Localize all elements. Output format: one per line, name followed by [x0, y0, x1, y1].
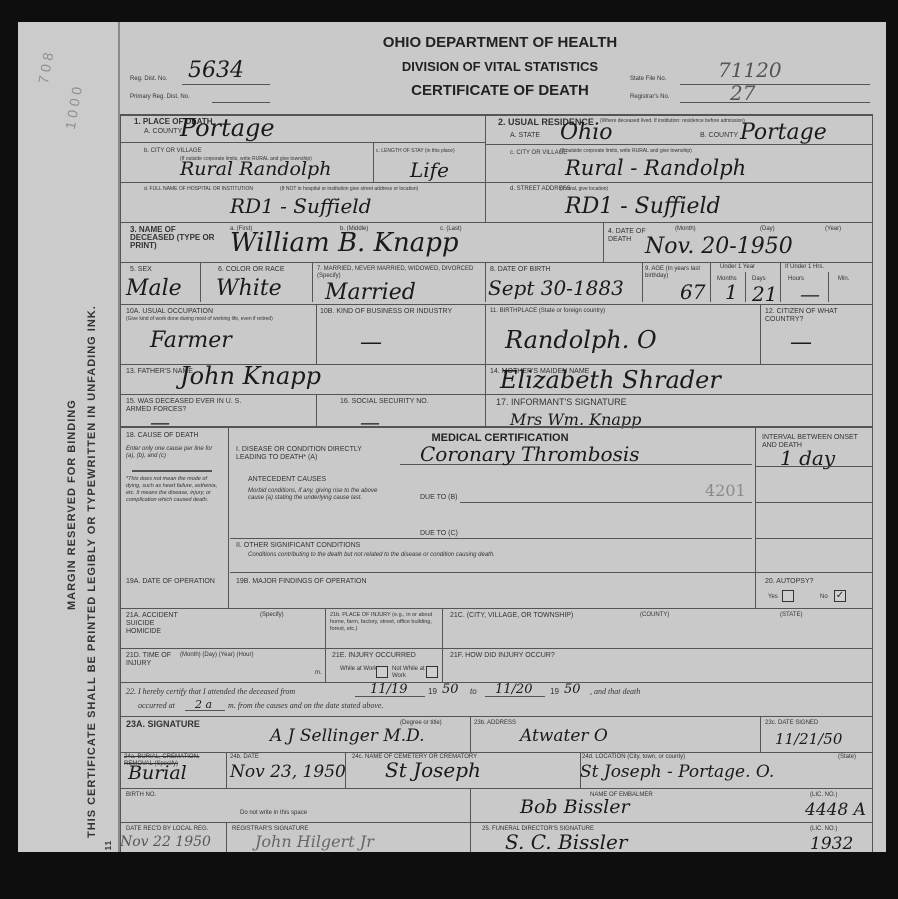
certify-from-year: 50: [442, 682, 459, 697]
disease-label: I. DISEASE OR CONDITION DIRECTLY LEADING…: [236, 446, 386, 462]
age-hours: —: [800, 282, 820, 306]
while-at-work-checkbox[interactable]: [376, 666, 388, 678]
date-of-death: Nov. 20-1950: [645, 234, 793, 259]
date-of-death-label: 4. DATE OF DEATH: [608, 228, 648, 244]
time-m: m.: [315, 670, 322, 677]
race-value: White: [216, 276, 282, 301]
registrar-no-label: Registrar's No.: [630, 94, 670, 101]
funeral-lic: 1932: [810, 834, 853, 854]
autopsy-no-checkbox[interactable]: ✓: [834, 590, 846, 602]
while-at-work-label: While at Work: [340, 666, 380, 673]
death-county: Portage: [180, 114, 275, 142]
residence-state-label: a. STATE: [510, 132, 540, 140]
name-label: 3. NAME OF DECEASED (TYPE OR PRINT): [130, 226, 220, 250]
race-label: 6. COLOR OR RACE: [218, 266, 285, 274]
not-while-at-work-checkbox[interactable]: [426, 666, 438, 678]
mother-name: Elizabeth Shrader: [500, 366, 721, 394]
informant-label: 17. INFORMANT'S SIGNATURE: [496, 398, 627, 406]
residence-state: Ohio: [560, 120, 613, 145]
burial-value: Burial: [128, 762, 187, 784]
length-of-stay: Life: [410, 158, 449, 182]
registrar-no-value: 27: [730, 81, 755, 105]
division-title: DIVISION OF VITAL STATISTICS: [300, 59, 700, 74]
father-name: John Knapp: [180, 362, 321, 390]
age-label: 9. AGE (In years last birthday): [645, 266, 705, 280]
place-of-injury-label: 21b. PLACE OF INJURY (e.g., in or about …: [330, 612, 435, 633]
reg-dist-value: 5634: [188, 58, 244, 83]
usual-residence-hint: (Where deceased lived. If institution: r…: [600, 118, 745, 125]
antecedent-label: ANTECEDENT CAUSES: [248, 476, 326, 484]
armed-forces-value: —: [150, 410, 170, 434]
injury-county-label: (COUNTY): [640, 612, 669, 619]
to-label: to: [470, 688, 477, 695]
residence-city-label: c. CITY OR VILLAGE: [510, 150, 567, 157]
binding-margin-text: MARGIN RESERVED FOR BINDING: [66, 399, 78, 610]
date-of-birth: Sept 30-1883: [488, 276, 624, 300]
residence-street-hint: (If rural, give location): [560, 186, 608, 193]
dod-month-label: (Month): [675, 226, 696, 233]
min-label: Min.: [838, 276, 849, 283]
address-label: 23b. ADDRESS: [474, 720, 516, 727]
accident-label: 21a. ACCIDENT SUICIDE HOMICIDE: [126, 612, 186, 636]
certify-text-a: 22. I hereby certify that I attended the…: [126, 688, 295, 695]
antecedent-hint: Morbid conditions, if any, giving rise t…: [248, 488, 388, 502]
certify-to: 11/20: [495, 682, 532, 697]
due-to-b-label: DUE TO (b): [420, 494, 457, 502]
business-label: 10b. KIND OF BUSINESS OR INDUSTRY: [320, 308, 480, 316]
embalmer-name: Bob Bissler: [520, 796, 630, 818]
age-days: 21: [752, 282, 777, 306]
cemetery-name: St Joseph: [385, 758, 481, 782]
age-value: 67: [680, 280, 705, 304]
armed-forces-label: 15. WAS DECEASED EVER IN U. S. ARMED FOR…: [126, 398, 256, 414]
certify-to-year: 50: [564, 682, 581, 697]
do-not-write-note: Do not write in this space: [240, 810, 307, 817]
death-certificate-form: OHIO DEPARTMENT OF HEALTH DIVISION OF VI…: [120, 26, 878, 852]
marital-status: Married: [325, 280, 416, 305]
physician-address: Atwater O: [520, 726, 608, 746]
death-time: 2 a: [195, 698, 212, 711]
birthplace-value: Randolph. O: [505, 326, 657, 354]
other-conditions-label: II. OTHER SIGNIFICANT CONDITIONS: [236, 542, 360, 550]
signature-label: 23a. SIGNATURE: [126, 720, 200, 728]
embalmer-lic-label: (LIC. NO.): [810, 792, 837, 799]
residence-county: Portage: [740, 120, 827, 145]
reg-dist-label: Reg. Dist. No.: [130, 76, 167, 83]
deceased-name: William B. Knapp: [230, 228, 459, 258]
marital-status-label: 7. MARRIED, NEVER MARRIED, WIDOWED, DIVO…: [317, 266, 477, 280]
scan-border-bottom: [0, 852, 898, 899]
business-value: —: [360, 330, 382, 355]
birthplace-label: 11. BIRTHPLACE (State or foreign country…: [490, 308, 605, 315]
cause-note: *This does not mean the mode of dying, s…: [126, 476, 222, 504]
autopsy-yes-checkbox[interactable]: [782, 590, 794, 602]
dod-year-label: (Year): [825, 226, 841, 233]
length-of-stay-label: c. LENGTH OF STAY (in this place): [376, 148, 455, 155]
date-signed-label: 23c. DATE SIGNED: [765, 720, 818, 727]
primary-reg-label: Primary Reg. Dist. No.: [130, 94, 190, 101]
death-city: Rural Randolph: [180, 158, 331, 180]
dod-day-label: (Day): [760, 226, 775, 233]
code-stamp: 4201: [705, 481, 746, 500]
dob-label: 8. DATE OF BIRTH: [490, 266, 550, 274]
disease-value: Coronary Thrombosis: [420, 442, 640, 466]
residence-city: Rural - Randolph: [565, 156, 746, 180]
due-to-c-label: DUE TO (c): [420, 530, 458, 538]
ink-instruction-text: THIS CERTIFICATE SHALL BE PRINTED LEGIBL…: [86, 305, 98, 838]
cause-instr: Enter only one cause per line for (a), (…: [126, 446, 222, 460]
to-year-prefix: 19: [550, 688, 559, 695]
hospital-name: RD1 - Suffield: [230, 194, 371, 218]
county-label: a. COUNTY: [144, 128, 182, 136]
occupation-value: Farmer: [150, 328, 232, 353]
residence-city-hint: (If outside corporate limits, write RURA…: [560, 148, 692, 155]
other-conditions-hint: Conditions contributing to the death but…: [248, 552, 498, 559]
under-day-label: If Under 1 Hrs.: [785, 264, 824, 271]
ssn-label: 16. SOCIAL SECURITY NO.: [340, 398, 429, 406]
autopsy-label: 20. AUTOPSY?: [765, 578, 814, 586]
dept-title: OHIO DEPARTMENT OF HEALTH: [300, 34, 700, 51]
death-city-label: b. CITY OR VILLAGE: [144, 148, 202, 155]
from-year-prefix: 19: [428, 688, 437, 695]
registrar-signature: John Hilgert Jr: [255, 832, 374, 851]
certify-text-d: m. from the causes and on the date state…: [228, 702, 383, 709]
autopsy-no-label: No: [820, 594, 828, 601]
findings-label: 19b. MAJOR FINDINGS OF OPERATION: [236, 578, 367, 586]
state-file-label: State File No.: [630, 76, 666, 83]
age-months: 1: [725, 280, 738, 304]
residence-county-label: b. COUNTY: [700, 132, 738, 140]
hospital-hint: (If NOT in hospital or institution give …: [280, 186, 418, 193]
funeral-lic-label: (LIC. NO.): [810, 826, 837, 833]
location-label: 24d. LOCATION (City, town, or county): [582, 754, 685, 761]
injury-city-label: 21c. (CITY, VILLAGE, OR TOWNSHIP): [450, 612, 573, 620]
certify-text-b: , and that death: [590, 688, 640, 695]
autopsy-no-check-icon: ✓: [836, 590, 844, 601]
injury-state-label: (STATE): [780, 612, 802, 619]
injury-occurred-label: 21e. INJURY OCCURRED: [332, 652, 416, 660]
burial-date-label: 24b. DATE: [230, 754, 259, 761]
time-of-injury-label: 21d. TIME OF INJURY: [126, 652, 186, 668]
cause-of-death-label: 18. CAUSE OF DEATH: [126, 432, 199, 440]
operation-date-label: 19a. DATE OF OPERATION: [126, 578, 222, 586]
hospital-label: d. FULL NAME OF HOSPITAL OR INSTITUTION: [144, 186, 253, 193]
how-injury-label: 21f. HOW DID INJURY OCCUR?: [450, 652, 555, 660]
date-recd-label: DATE REC'D BY LOCAL REG.: [126, 826, 226, 833]
location-state-label: (State): [838, 754, 856, 761]
certify-text-c: occurred at: [138, 702, 175, 709]
citizen-value: —: [790, 330, 812, 355]
state-file-value: 71120: [718, 58, 782, 82]
ssn-value: —: [360, 410, 380, 434]
embalmer-lic: 4448 A: [805, 800, 866, 820]
time-of-injury-cols: (Month) (Day) (Year) (Hour): [180, 652, 253, 659]
citizen-label: 12. CITIZEN OF WHAT COUNTRY?: [765, 308, 865, 324]
burial-date: Nov 23, 1950: [230, 762, 346, 782]
occupation-hint: (Give kind of work done during most of w…: [126, 316, 306, 323]
date-recd: Nov 22 1950: [120, 834, 211, 850]
birth-no-label: BIRTH NO.: [126, 792, 156, 799]
under-year-label: Under 1 Year: [720, 264, 755, 271]
occupation-label: 10a. USUAL OCCUPATION: [126, 308, 213, 316]
burial-location: St Joseph - Portage. O.: [580, 762, 774, 782]
physician-signature: A J Sellinger M.D.: [270, 726, 425, 746]
residence-street: RD1 - Suffield: [565, 194, 721, 219]
sex-value: Male: [126, 276, 182, 301]
certify-from: 11/19: [370, 682, 407, 697]
accident-specify: (Specify): [260, 612, 284, 619]
sex-label: 5. SEX: [130, 266, 152, 274]
date-signed: 11/21/50: [775, 730, 842, 748]
autopsy-yes-label: Yes: [768, 594, 778, 601]
funeral-director-signature: S. C. Bissler: [505, 830, 627, 854]
